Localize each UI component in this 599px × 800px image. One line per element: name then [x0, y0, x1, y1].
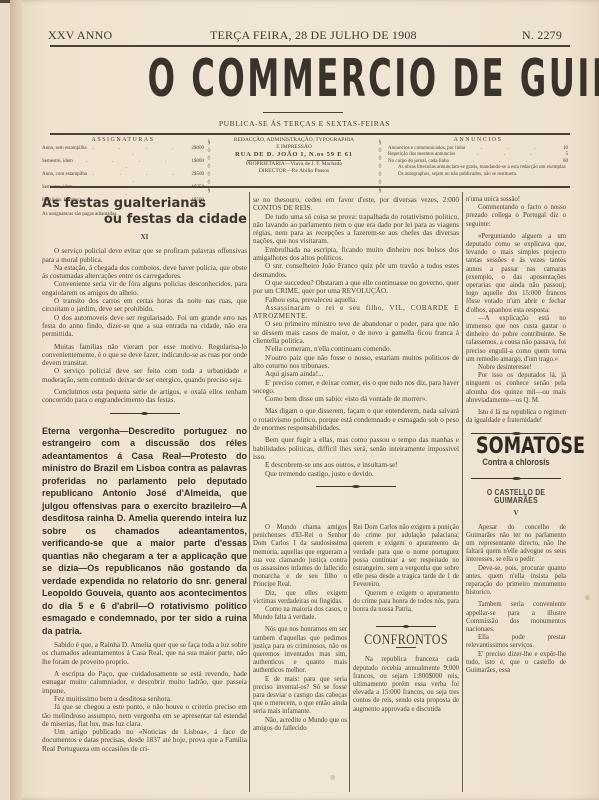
header-rule-top — [50, 45, 570, 47]
somatose-ad-subtitle: Contra a chlorosis — [474, 458, 559, 466]
castello-title: O CASTELLO DE GUIMARÃES — [476, 488, 556, 504]
article-title-line2: ou festas da cidade — [42, 212, 247, 228]
section-ornament — [316, 484, 396, 490]
article-paragraph: Falhou esta, prevaleceu aquella. — [253, 296, 459, 304]
section-ornament — [376, 624, 436, 630]
paper-stain — [330, 775, 335, 780]
column-divider-2 — [462, 192, 463, 792]
section-ornament — [110, 411, 180, 417]
article-paragraph: Não, acredite o Mundo que os amigos do f… — [253, 717, 347, 733]
article-paragraph: O dos automoveis deve ser regularisado. … — [42, 314, 247, 339]
castello-section-number: V — [466, 509, 566, 517]
article-paragraph: Na republica franceza cada deputado rece… — [353, 656, 459, 713]
article-paragraph: Tambem seria conveniente appellar-se par… — [466, 601, 566, 634]
article-paragraph: N'ella comeram, n'ella continuam comendo… — [253, 345, 459, 353]
article-paragraph: E' preciso comer, e deixar comer, eis o … — [253, 379, 459, 396]
article-section-number: XI — [42, 233, 247, 241]
article-paragraph: Por isso os deputados lá, já ninguem os … — [466, 372, 566, 405]
ads-note-autographs: Os autographos, sejam ou não publicados,… — [388, 172, 568, 179]
header-rule-bottom — [50, 133, 570, 135]
subscriptions-title: ASSIGNATURAS — [42, 137, 204, 144]
masthead-underline — [263, 112, 343, 113]
article-paragraph: De tudo uma só coisa se prova: trapalhad… — [253, 213, 459, 246]
article-title-line1: As festas gualterianas — [42, 196, 247, 212]
year-label: XXV ANNO — [48, 28, 112, 43]
paper-stain — [585, 595, 590, 600]
article-paragraph: Assassinaram o rei e seu filho, VIL, COB… — [253, 304, 459, 321]
column-divider-inner — [349, 520, 350, 792]
article-paragraph: Na estação, á chegada dos comboios, deve… — [42, 264, 247, 281]
article-paragraph: Conveniente seria vir de fóra alguns pol… — [42, 280, 247, 297]
newspaper-page: XXV ANNO TERÇA FEIRA, 28 DE JULHO DE 190… — [10, 0, 599, 800]
article-paragraph: E' preciso dizer-lhe e expôr-lhe tudo, i… — [466, 651, 566, 676]
article-paragraph: Nós que nos honramos em ser tambem d'aqu… — [253, 626, 347, 675]
article-paragraph: Muitas familias não vieram por esse moti… — [42, 343, 247, 368]
article-paragraph: «Perguntando alguem a um deputado como s… — [466, 233, 566, 315]
article-paragraph: O Mundo chama amigos penichenses d'El-Re… — [253, 524, 347, 590]
article-paragraph: O que succedeu? Obstaram a que elle cont… — [253, 279, 459, 296]
article-paragraph: —A explicação está no immenso que nos cu… — [466, 315, 566, 364]
confrontos-title: CONFRONTOS — [364, 636, 449, 644]
article-paragraph: Rei Dom Carlos não exigem a punição do c… — [353, 524, 459, 590]
column-3: n'uma unica sessão! Commentando o facto … — [466, 196, 566, 675]
ads-note-literary: As obras litterarias annunciam-se gratis… — [388, 165, 568, 172]
date-label: TERÇA FEIRA, 28 DE JULHO DE 1908 — [210, 28, 417, 43]
subscription-row: Semestre, idem. . . . .1$000 — [42, 159, 204, 172]
article-paragraph: Já que se chegou a este ponto, e não hou… — [42, 703, 247, 728]
section-ornament — [471, 476, 561, 482]
article-paragraph: Sabido é que, a Rainha D. Amelia quer qu… — [42, 641, 247, 666]
article-paragraph: Deve-se, pois, procurar quanto antes, qu… — [466, 565, 566, 598]
article-paragraph: n'uma unica sessão! — [466, 196, 566, 204]
column-1: As festas gualterianas ou festas da cida… — [42, 196, 247, 753]
article-paragraph: Concluimos esta pequena serie de artigos… — [42, 388, 247, 405]
article-paragraph: N'outro paiz que não fosse o nosso, esta… — [253, 354, 459, 371]
subscription-row: Anno, sem estampilha. . . . .2$000 — [42, 146, 204, 159]
article-paragraph: Commentando o facto o nosso prezado coll… — [466, 204, 566, 229]
article-paragraph: E de mais: para que seria preciso invent… — [253, 676, 347, 717]
publication-schedule: PUBLICA-SE ÁS TERÇAS E SEXTAS-FEIRAS — [10, 119, 599, 128]
issue-number: N. 2279 — [522, 28, 562, 43]
article-paragraph: Diz, que elles exigem victimas verdadeir… — [253, 590, 347, 606]
office-owner: PROPRIETARIA—Viuva de J. F. Machado — [215, 161, 373, 168]
article-paragraph: Querem e exigem o apuramento do crime pa… — [353, 590, 459, 615]
article-paragraph: O seu primeiro ministro teve de abandona… — [253, 320, 459, 345]
subscription-row: Anno, com estampilha. . . . .2$500 — [42, 172, 204, 185]
article-paragraph: Bem quer fugir a ellas, mas como passou … — [253, 436, 459, 461]
article-paragraph: Embrulhada na escripta, ficando muito di… — [253, 246, 459, 263]
office-director: DIRECTOR—P.e Abilio Passos — [215, 168, 373, 175]
ad-price-row: No corpo do jornal, cada linha. . .60 — [388, 159, 568, 166]
column-carlos: Rei Dom Carlos não exigem a punição do c… — [353, 524, 459, 714]
ads-title: ANNUNCIOS — [388, 137, 568, 144]
article-paragraph: se no thesouro, cedeu em favor d'este, p… — [253, 196, 459, 213]
boxes-rule-bottom — [50, 186, 570, 188]
office-address: RUA DE D. JOÃO I, N.os 59 E 61 — [215, 151, 373, 158]
somatose-ad-title: SOMATOSE — [476, 443, 556, 451]
article-paragraph: Isto é lá na republica o regimen da igua… — [466, 409, 566, 425]
article-paragraph: Mas digam o que disserem, façam o que en… — [253, 407, 459, 432]
article-paragraph: Aqui gisam ainda!... — [253, 370, 459, 378]
article-paragraph: O serviço policial deve ser feito com to… — [42, 367, 247, 384]
article-paragraph: Que tremendo castigo, justo e devido. — [253, 470, 459, 478]
ad-price-row: Annuncios e communicados, por linha. . .… — [388, 146, 568, 153]
article-paragraph: Nobre desinteresse! — [466, 364, 566, 372]
article-paragraph: Fez muitissimo bem a desditosa senhora. — [42, 695, 247, 703]
article-lead-summary: Eterna vergonha—Descredito portuguez no … — [42, 425, 247, 638]
article-paragraph: A escripta do Paço, que cuidadosamente s… — [42, 670, 247, 695]
ad-price-row: Repetição dos mesmos annuncios. . .5 — [388, 152, 568, 159]
office-box: REDACÇÃO, ADMINISTRAÇÃO, TYPOGRAPHIA E I… — [215, 137, 373, 175]
column-divider-1 — [249, 192, 250, 792]
article-paragraph: Como bem disse um sabio: «isto dá vontad… — [253, 395, 459, 403]
masthead-title: O COMMERCIO DE GUIMARÃES — [148, 48, 483, 110]
article-paragraph: Ella pode prestar relevantissimos serviç… — [466, 634, 566, 650]
article-paragraph: O transito dos carros em certas horas da… — [42, 297, 247, 314]
article-paragraph: Como na maioria dos casos, o Mundo falta… — [253, 606, 347, 622]
article-paragraph: Apesar do concelho de Guimarães não ter … — [466, 524, 566, 565]
article-paragraph: E descobrem-se uns aos outros, e insulta… — [253, 461, 459, 469]
ads-box: ANNUNCIOS Annuncios e communicados, por … — [388, 137, 568, 179]
column-2-top: se no thesouro, cedeu em favor d'este, p… — [253, 196, 459, 496]
article-paragraph: O snr. conselheiro João Franco quiz pôr … — [253, 262, 459, 279]
article-paragraph: O serviço policial deve evitar que se pr… — [42, 247, 247, 264]
column-mundo: O Mundo chama amigos penichenses d'El-Re… — [253, 524, 347, 733]
article-paragraph: Um artigo publicado no «Noticias de Lisb… — [42, 728, 247, 753]
